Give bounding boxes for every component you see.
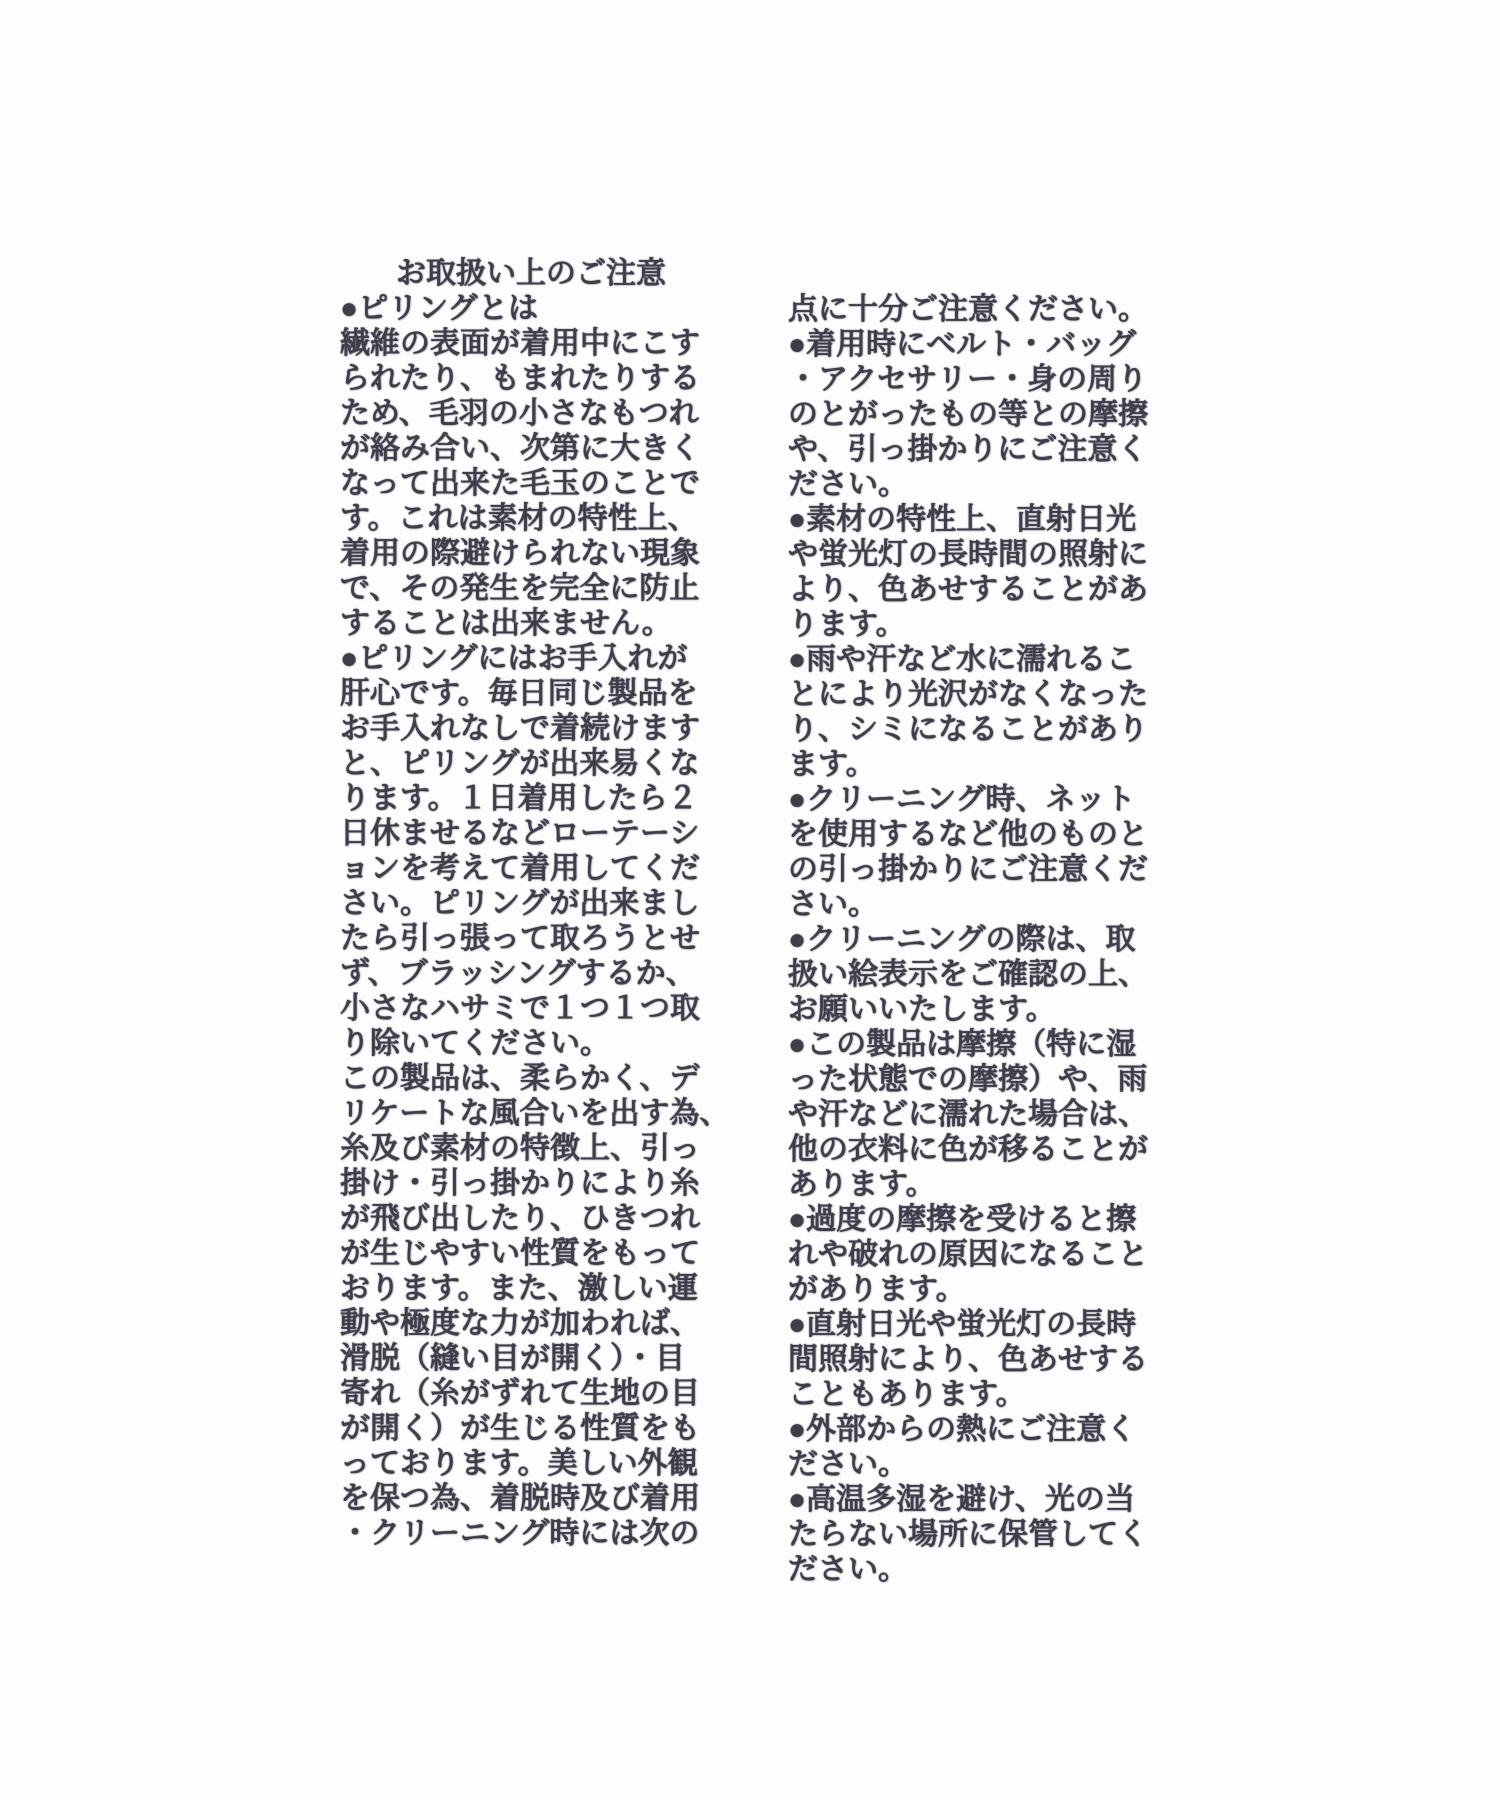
text-line: この製品は、柔らかく、デ (340, 1061, 720, 1096)
text-line: ●直射日光や蛍光灯の長時 (788, 1307, 1168, 1342)
text-line: ●ピリングとは (340, 291, 720, 326)
text-line: ず、ブラッシングするか、 (340, 956, 720, 991)
text-line: 動や極度な力が加われば、 (340, 1306, 720, 1341)
text-line: ・アクセサリー・身の周り (788, 362, 1168, 397)
text-line: ださい。 (788, 1552, 1168, 1587)
document-title: お取扱い上のご注意 (340, 256, 720, 291)
text-line: 扱い絵表示をご確認の上、 (788, 957, 1168, 992)
text-line: や汗などに濡れた場合は、 (788, 1097, 1168, 1132)
text-line: ●素材の特性上、直射日光 (788, 502, 1168, 537)
text-line: が開く）が生じる性質をも (340, 1411, 720, 1446)
text-line: ●高温多湿を避け、光の当 (788, 1482, 1168, 1517)
text-line: 糸及び素材の特徴上、引っ (340, 1131, 720, 1166)
text-line: り除いてください。 (340, 1026, 720, 1061)
text-line: こともあります。 (788, 1377, 1168, 1412)
text-line: ださい。 (788, 1447, 1168, 1482)
text-line: っております。美しい外観 (340, 1446, 720, 1481)
text-line: 点に十分ご注意ください。 (788, 292, 1168, 327)
text-line: さい。ピリングが出来まし (340, 886, 720, 921)
text-line: より、色あせすることがあ (788, 572, 1168, 607)
text-line: することは出来ません。 (340, 606, 720, 641)
text-line: ●雨や汗など水に濡れるこ (788, 642, 1168, 677)
text-line: れや破れの原因になること (788, 1237, 1168, 1272)
text-line: り、シミになることがあり (788, 712, 1168, 747)
text-line: ●この製品は摩擦（特に湿 (788, 1027, 1168, 1062)
text-line: や、引っ掛かりにご注意く (788, 432, 1168, 467)
text-line: ●クリーニング時、ネット (788, 782, 1168, 817)
text-line: 掛け・引っ掛かりにより糸 (340, 1166, 720, 1201)
text-line: 他の衣料に色が移ることが (788, 1132, 1168, 1167)
text-line: たらない場所に保管してく (788, 1517, 1168, 1552)
text-line: ョンを考えて着用してくだ (340, 851, 720, 886)
text-line: が生じやすい性質をもって (340, 1236, 720, 1271)
text-line: ●外部からの熱にご注意く (788, 1412, 1168, 1447)
text-line: ・クリーニング時には次の (340, 1516, 720, 1551)
text-line: あります。 (788, 1167, 1168, 1202)
text-line: ●過度の摩擦を受けると擦 (788, 1202, 1168, 1237)
text-line: 着用の際避けられない現象 (340, 536, 720, 571)
text-line: 小さなハサミで１つ１つ取 (340, 991, 720, 1026)
text-line: があります。 (788, 1272, 1168, 1307)
text-line: が絡み合い、次第に大きく (340, 431, 720, 466)
text-line: が飛び出したり、ひきつれ (340, 1201, 720, 1236)
text-line: 繊維の表面が着用中にこす (340, 326, 720, 361)
text-line: や蛍光灯の長時間の照射に (788, 537, 1168, 572)
text-line: す。これは素材の特性上、 (340, 501, 720, 536)
text-line: ります。 (788, 607, 1168, 642)
text-line: とにより光沢がなくなった (788, 677, 1168, 712)
right-column: 点に十分ご注意ください。●着用時にベルト・バッグ・アクセサリー・身の周りのとがっ… (788, 292, 1168, 1587)
text-line: 肝心です。毎日同じ製品を (340, 676, 720, 711)
text-line: ●着用時にベルト・バッグ (788, 327, 1168, 362)
text-line: ださい。 (788, 467, 1168, 502)
text-line: 滑脱（縫い目が開く）・目 (340, 1341, 720, 1376)
left-column-text: ●ピリングとは繊維の表面が着用中にこすられたり、もまれたりするため、毛羽の小さな… (340, 291, 720, 1551)
left-column: お取扱い上のご注意 ●ピリングとは繊維の表面が着用中にこすられたり、もまれたりす… (340, 256, 720, 1551)
text-line: リケートな風合いを出す為、 (340, 1096, 720, 1131)
text-line: を使用するなど他のものと (788, 817, 1168, 852)
text-line: の引っ掛かりにご注意くだ (788, 852, 1168, 887)
text-line: で、その発生を完全に防止 (340, 571, 720, 606)
text-line: ため、毛羽の小さなもつれ (340, 396, 720, 431)
text-line: ります。１日着用したら２ (340, 781, 720, 816)
text-line: なって出来た毛玉のことで (340, 466, 720, 501)
text-line: 日休ませるなどローテーシ (340, 816, 720, 851)
text-line: られたり、もまれたりする (340, 361, 720, 396)
text-line: ●クリーニングの際は、取 (788, 922, 1168, 957)
text-line: おります。また、激しい運 (340, 1271, 720, 1306)
text-line: お願いいたします。 (788, 992, 1168, 1027)
text-line: 間照射により、色あせする (788, 1342, 1168, 1377)
text-line: 寄れ（糸がずれて生地の目 (340, 1376, 720, 1411)
text-line: と、ピリングが出来易くな (340, 746, 720, 781)
text-line: のとがったもの等との摩擦 (788, 397, 1168, 432)
text-line: った状態での摩擦）や、雨 (788, 1062, 1168, 1097)
text-line: たら引っ張って取ろうとせ (340, 921, 720, 956)
text-line: さい。 (788, 887, 1168, 922)
text-line: ます。 (788, 747, 1168, 782)
text-line: お手入れなしで着続けます (340, 711, 720, 746)
care-instructions-document: お取扱い上のご注意 ●ピリングとは繊維の表面が着用中にこすられたり、もまれたりす… (0, 0, 1500, 1800)
text-line: ●ピリングにはお手入れが (340, 641, 720, 676)
text-line: を保つ為、着脱時及び着用 (340, 1481, 720, 1516)
right-column-text: 点に十分ご注意ください。●着用時にベルト・バッグ・アクセサリー・身の周りのとがっ… (788, 292, 1168, 1587)
